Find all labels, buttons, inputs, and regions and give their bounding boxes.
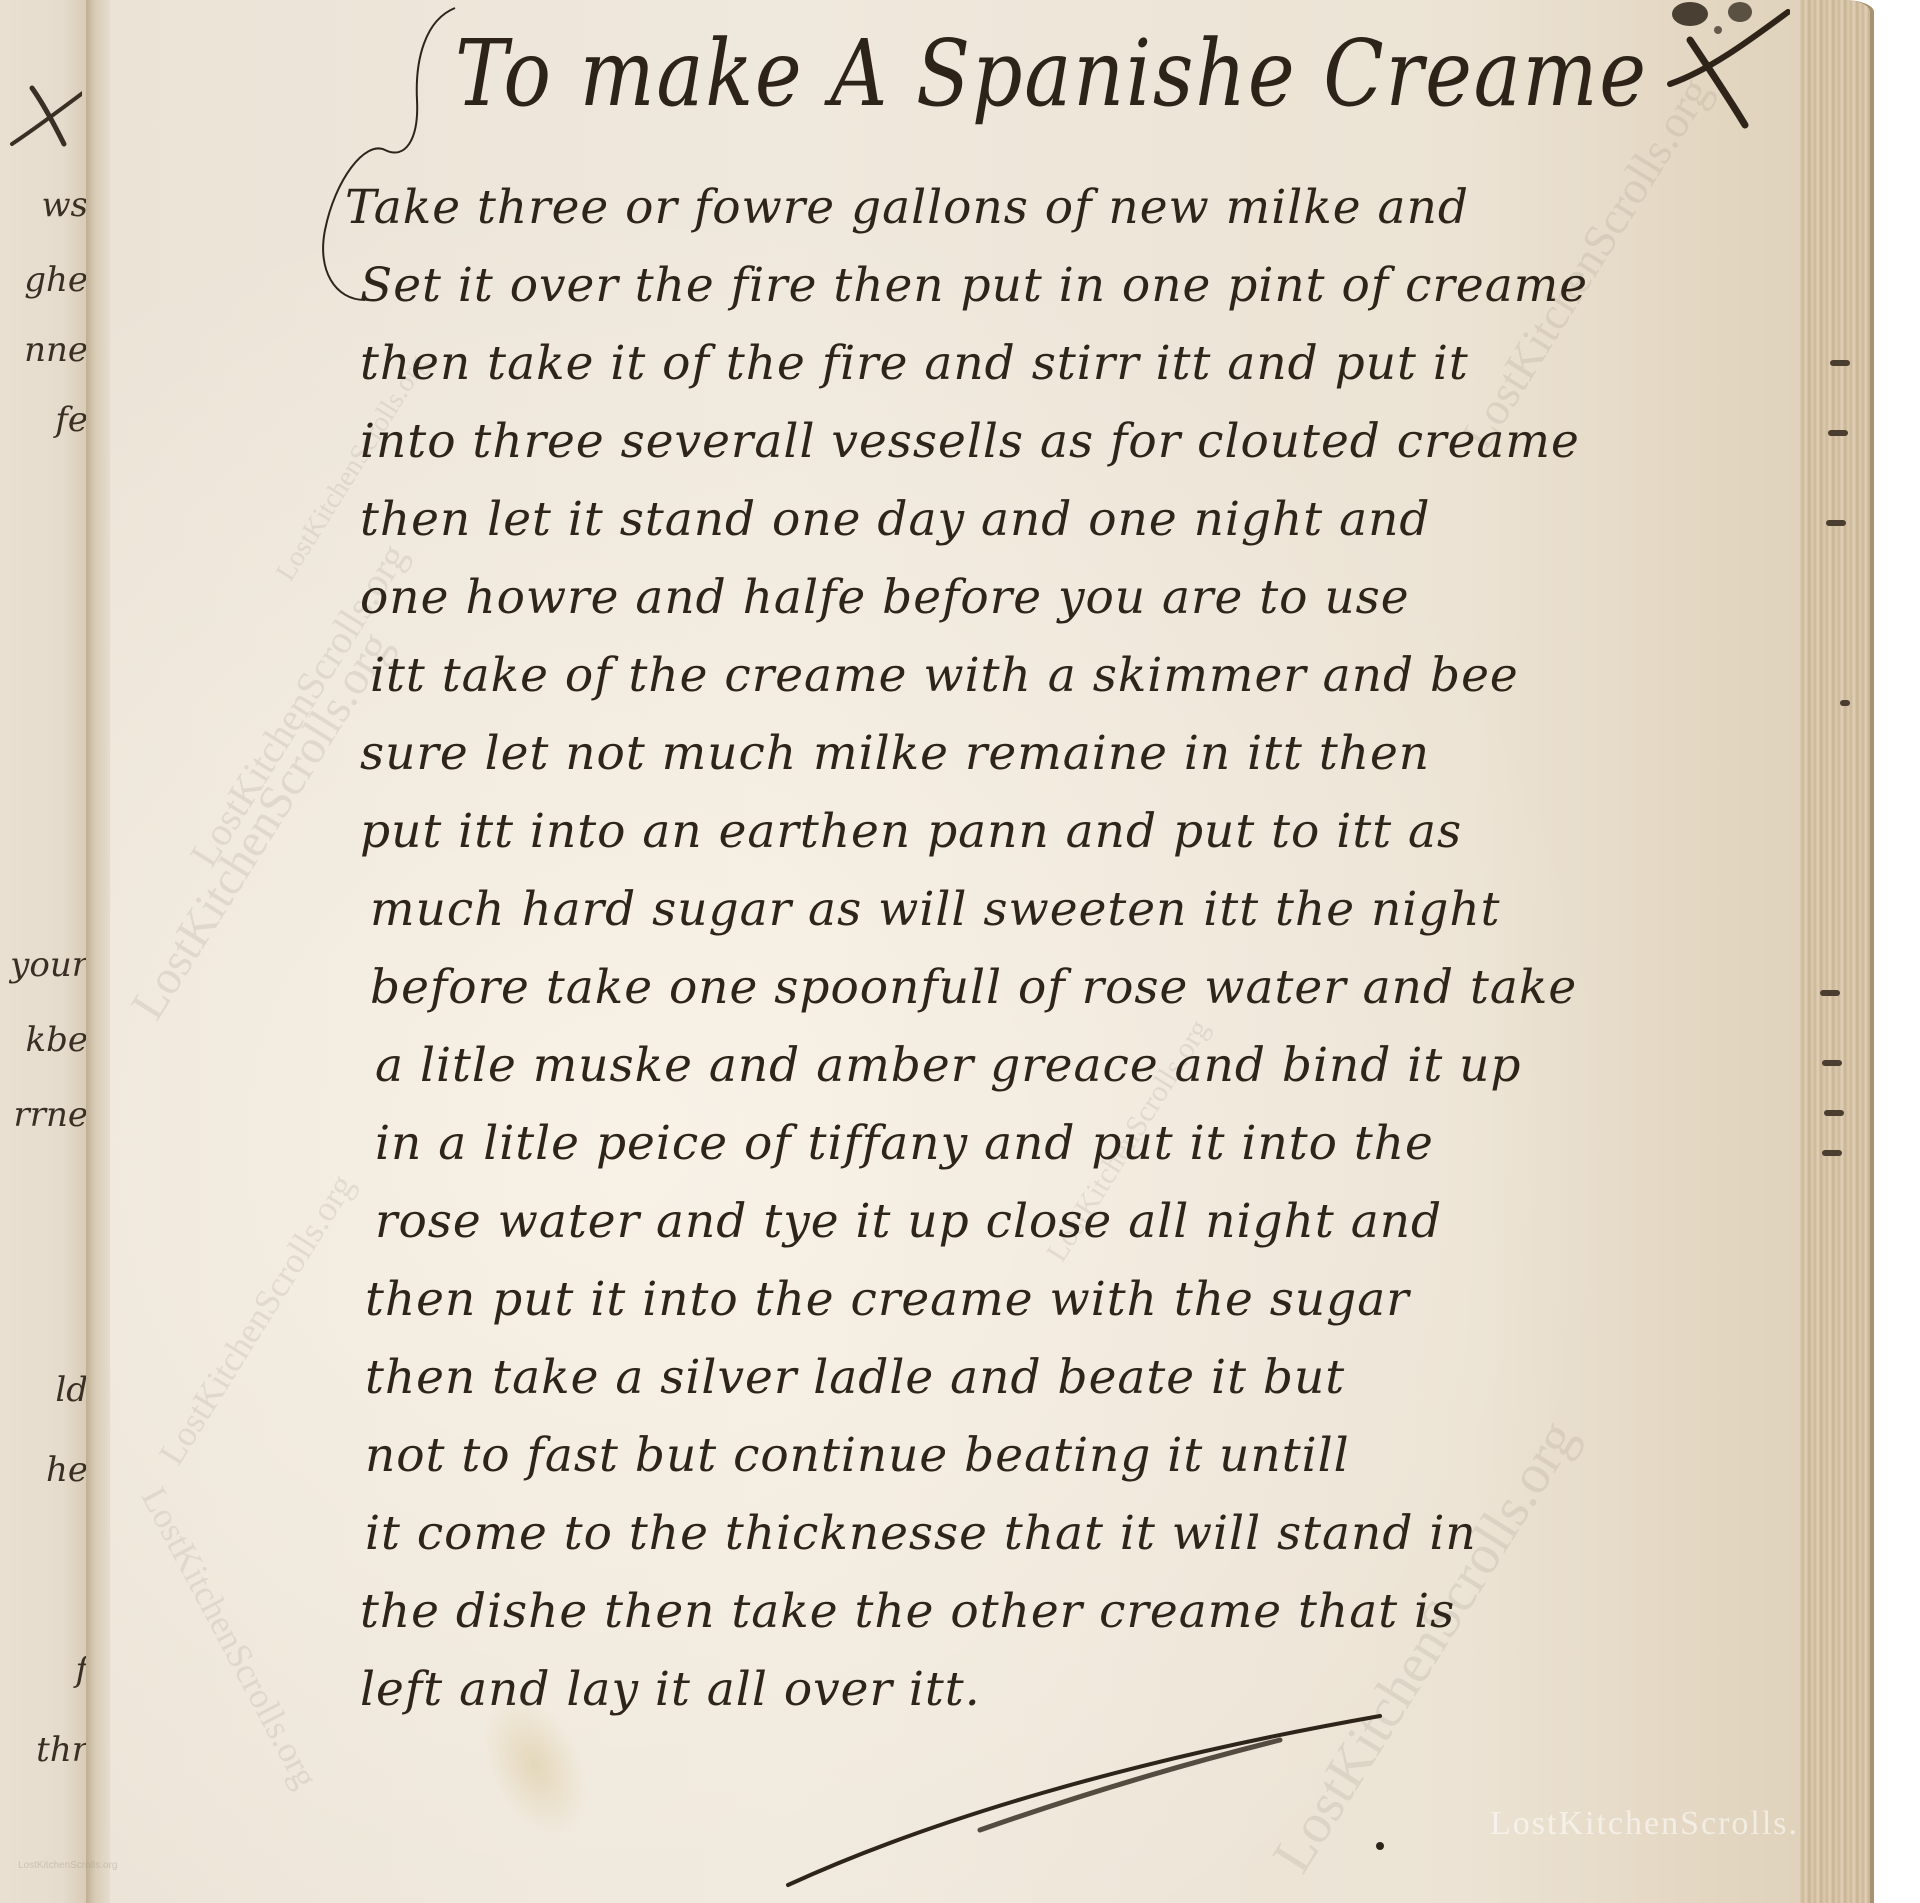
page-edges — [1800, 0, 1874, 1903]
manuscript-line: then let it stand one day and one night … — [360, 492, 1430, 547]
manuscript-line: sure let not much milke remaine in itt t… — [360, 726, 1430, 781]
left-page-fragment-text: ws — [0, 185, 88, 225]
manuscript-line: then take a silver ladle and beate it bu… — [365, 1350, 1345, 1405]
manuscript-line: one howre and halfe before you are to us… — [360, 570, 1410, 625]
left-page-fragment-text: f — [0, 1650, 88, 1690]
left-page-fragment-text: thr — [0, 1730, 88, 1770]
watermark-footer: LostKitchenScrolls.org — [1490, 1805, 1850, 1843]
corner-cross-mark-icon — [1640, 0, 1790, 130]
manuscript-line: put itt into an earthen pann and put to … — [360, 804, 1462, 859]
manuscript-spread: wsghennefeyourkberrneldhefthr LostKitche… — [0, 0, 1870, 1903]
left-page-fragment-text: ld — [0, 1370, 88, 1410]
recipe-title: To make A Spanishe Creame — [455, 20, 1648, 127]
manuscript-line: then put it into the creame with the sug… — [365, 1272, 1410, 1327]
manuscript-line: Set it over the fire then put in one pin… — [360, 258, 1588, 313]
manuscript-line: into three severall vessells as for clou… — [360, 414, 1580, 469]
manuscript-line: before take one spoonfull of rose water … — [370, 960, 1577, 1015]
left-page-fragment-text: your — [0, 945, 88, 985]
manuscript-line: not to fast but continue beating it unti… — [365, 1428, 1350, 1483]
watermark-logo: LostKitchenScrolls.org — [18, 1860, 118, 1871]
left-page-fragment-text: rrne — [0, 1095, 88, 1135]
left-page-fragment: wsghennefeyourkberrneldhefthr — [0, 0, 88, 1903]
end-flourish-stroke-icon — [780, 1710, 1400, 1890]
manuscript-line: in a litle peice of tiffany and put it i… — [375, 1116, 1434, 1171]
manuscript-line: rose water and tye it up close all night… — [375, 1194, 1442, 1249]
left-page-fragment-text: fe — [0, 400, 88, 440]
manuscript-line: Take three or fowre gallons of new milke… — [345, 180, 1469, 235]
manuscript-line: much hard sugar as will sweeten itt the … — [370, 882, 1501, 937]
manuscript-line: left and lay it all over itt. — [360, 1662, 981, 1717]
manuscript-line: the dishe then take the other creame tha… — [360, 1584, 1455, 1639]
manuscript-line: then take it of the fire and stirr itt a… — [360, 336, 1469, 391]
manuscript-line: itt take of the creame with a skimmer an… — [370, 648, 1519, 703]
left-page-fragment-text: ghe — [0, 260, 88, 300]
cross-mark-icon — [8, 82, 82, 152]
manuscript-line: it come to the thicknesse that it will s… — [365, 1506, 1477, 1561]
book-gutter — [86, 0, 112, 1903]
manuscript-line: a litle muske and amber greace and bind … — [375, 1038, 1522, 1093]
left-page-fragment-text: nne — [0, 330, 88, 370]
left-page-fragment-text: he — [0, 1450, 88, 1490]
left-page-fragment-text: kbe — [0, 1020, 88, 1060]
